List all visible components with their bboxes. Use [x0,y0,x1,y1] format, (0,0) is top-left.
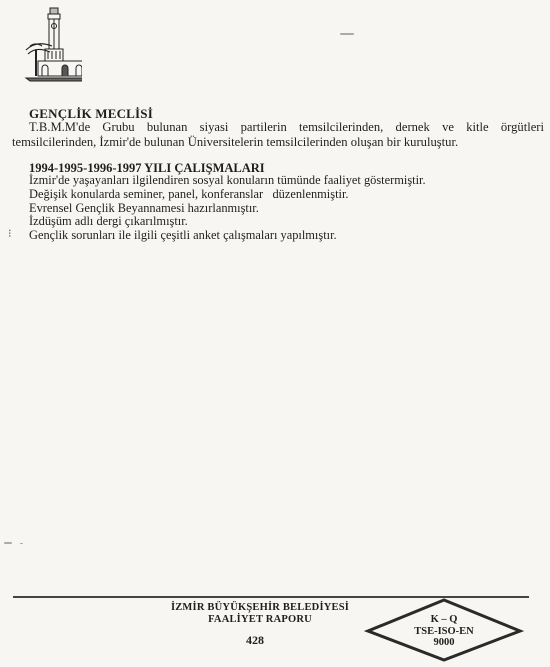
list-item: İzdüşüm adlı dergi çıkarılmıştır. [29,215,426,229]
footer-organization: İZMİR BÜYÜKŞEHİR BELEDİYESİ FAALİYET RAP… [160,602,360,626]
margin-mark: ⁝ [8,227,12,240]
footer-org-name: İZMİR BÜYÜKŞEHİR BELEDİYESİ [160,602,360,614]
izmir-clock-tower-icon [12,4,82,84]
scan-smudge [340,33,354,35]
badge-line-3: 9000 [404,637,484,649]
quality-badge: K – Q TSE-ISO-EN 9000 [404,614,484,649]
badge-line-2: TSE-ISO-EN [404,626,484,638]
scan-smudge [20,543,23,544]
list-item: Evrensel Gençlik Beyannamesi hazırlanmış… [29,202,426,216]
badge-line-1: K – Q [404,614,484,626]
footer-report-name: FAALİYET RAPORU [160,614,360,626]
list-item: Değişik konularda seminer, panel, konfer… [29,188,426,202]
activities-list: İzmir'de yaşayanları ilgilendiren sosyal… [29,174,426,243]
list-item: İzmir'de yaşayanları ilgilendiren sosyal… [29,174,426,188]
scan-smudge [4,542,12,544]
list-item: Gençlik sorunları ile ilgili çeşitli ank… [29,229,426,243]
page-number: 428 [230,633,280,648]
section-paragraph: T.B.M.M'de Grubu bulunan siyasi partiler… [12,120,544,150]
